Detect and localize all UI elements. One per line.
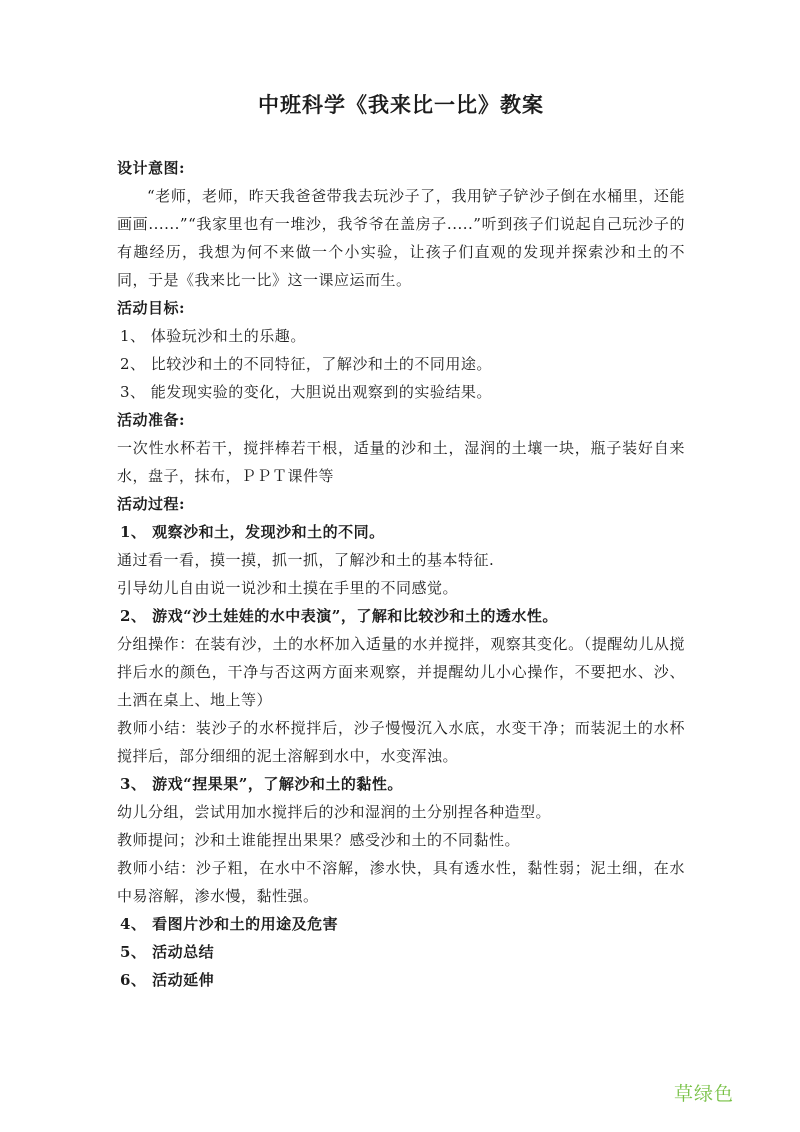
paragraph: 教师小结：装沙子的水杯搅拌后，沙子慢慢沉入水底，水变干净；而装泥土的水杯搅拌后，… <box>117 714 685 770</box>
section-heading-goals: 活动目标: <box>117 294 685 322</box>
section-heading-preparation: 活动准备: <box>117 406 685 434</box>
section-heading-process: 活动过程: <box>117 490 685 518</box>
document-page: 中班科学《我来比一比》教案 设计意图: “老师，老师，昨天我爸爸带我去玩沙子了，… <box>0 0 800 1132</box>
list-item: 2、 比较沙和土的不同特征，了解沙和土的不同用途。 <box>117 350 685 378</box>
numbered-heading: 3、 游戏“捏果果”，了解沙和土的黏性。 <box>117 770 685 798</box>
paragraph: 幼儿分组，尝试用加水搅拌后的沙和湿润的土分别捏各种造型。 <box>117 798 685 826</box>
document-content: 中班科学《我来比一比》教案 设计意图: “老师，老师，昨天我爸爸带我去玩沙子了，… <box>117 92 685 994</box>
color-label-text: 草绿色 <box>674 1082 734 1106</box>
paragraph: “老师，老师，昨天我爸爸带我去玩沙子了，我用铲子铲沙子倒在水桶里，还能画画...… <box>117 182 685 294</box>
page-title: 中班科学《我来比一比》教案 <box>117 92 685 118</box>
paragraph: 通过看一看，摸一摸，抓一抓，了解沙和土的基本特征. <box>117 546 685 574</box>
paragraph: 分组操作：在装有沙，土的水杯加入适量的水并搅拌，观察其变化。（提醒幼儿从搅拌后水… <box>117 630 685 714</box>
section-heading-design-intent: 设计意图: <box>117 154 685 182</box>
numbered-heading: 4、 看图片沙和土的用途及危害 <box>117 910 685 938</box>
numbered-heading: 2、 游戏“沙土娃娃的水中表演”，了解和比较沙和土的透水性。 <box>117 602 685 630</box>
paragraph: 一次性水杯若干，搅拌棒若干根，适量的沙和土，湿润的土壤一块，瓶子装好自来水，盘子… <box>117 434 685 490</box>
paragraph: 教师小结：沙子粗，在水中不溶解，渗水快，具有透水性，黏性弱；泥土细，在水中易溶解… <box>117 854 685 910</box>
paragraph: 教师提问；沙和土谁能捏出果果？感受沙和土的不同黏性。 <box>117 826 685 854</box>
list-item: 3、 能发现实验的变化，大胆说出观察到的实验结果。 <box>117 378 685 406</box>
numbered-heading: 5、 活动总结 <box>117 938 685 966</box>
numbered-heading: 1、 观察沙和土，发现沙和土的不同。 <box>117 518 685 546</box>
numbered-heading: 6、 活动延伸 <box>117 966 685 994</box>
list-item: 1、 体验玩沙和土的乐趣。 <box>117 322 685 350</box>
paragraph: 引导幼儿自由说一说沙和土摸在手里的不同感觉。 <box>117 574 685 602</box>
